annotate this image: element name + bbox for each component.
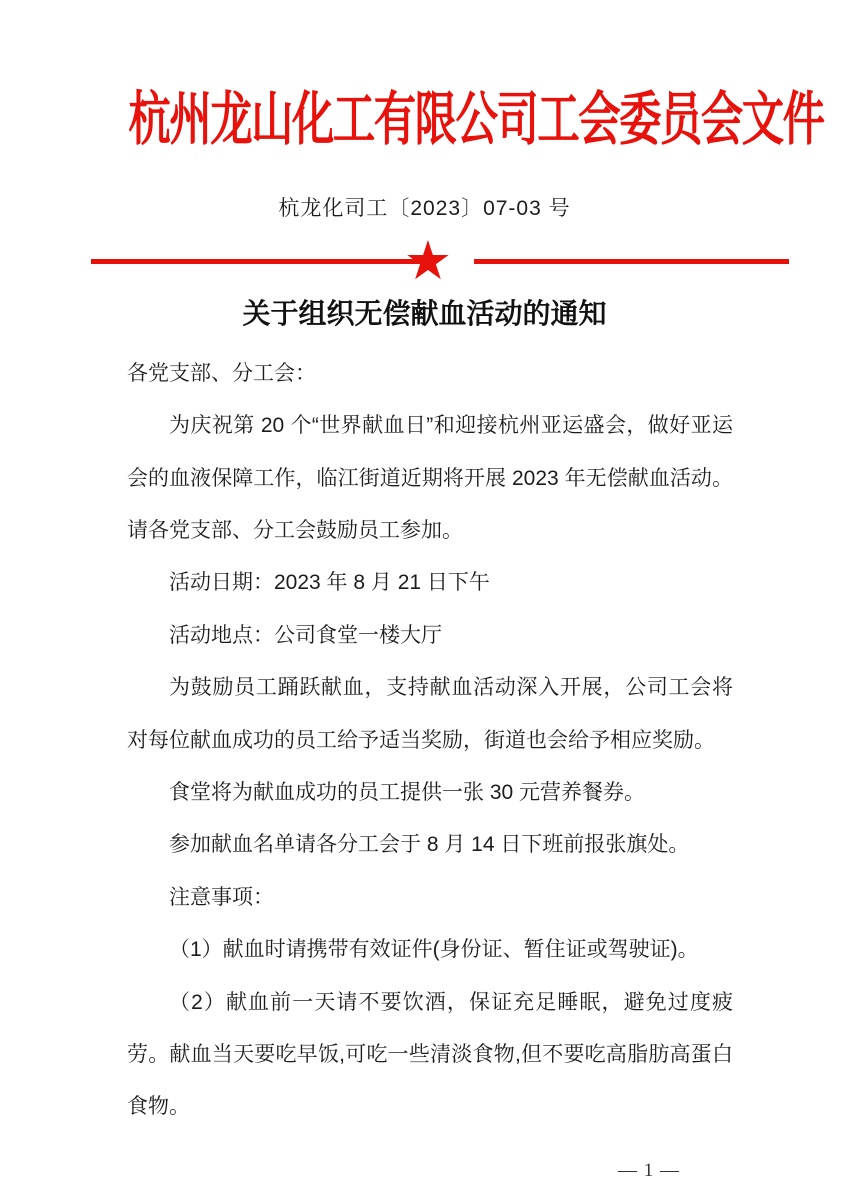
paragraph-note2: （2）献血前一天请不要饮酒，保证充足睡眠，避免过度疲劳。献血当天要吃早饭,可吃一…	[127, 977, 733, 1134]
divider-line-right	[474, 259, 789, 264]
page-number: — 1 —	[618, 1160, 849, 1182]
notice-title: 关于组织无偿献血活动的通知	[0, 298, 849, 332]
notice-body: 各党支部、分工会： 为庆祝第 20 个“世界献血日”和迎接杭州亚运盛会，做好亚运…	[127, 348, 733, 1134]
divider-line-left	[91, 259, 421, 264]
org-title-text: 杭州龙山化工有限公司工会委员会文件	[129, 88, 824, 152]
paragraph-notes: 注意事项：	[127, 872, 733, 924]
paragraph-note1: （1）献血时请携带有效证件(身份证、暂住证或驾驶证)。	[127, 924, 733, 976]
star-icon: ★	[398, 234, 458, 288]
salutation: 各党支部、分工会：	[127, 348, 733, 400]
header-divider: ★	[0, 234, 849, 288]
paragraph-place: 活动地点：公司食堂一楼大厅	[127, 610, 733, 662]
paragraph-meal: 食堂将为献血成功的员工提供一张 30 元营养餐券。	[127, 767, 733, 819]
doc-number: 杭龙化司工〔2023〕07-03 号	[0, 192, 849, 222]
paragraph-signup: 参加献血名单请各分工会于 8 月 14 日下班前报张旗处。	[127, 819, 733, 871]
paragraph-reward: 为鼓励员工踊跃献血，支持献血活动深入开展，公司工会将对每位献血成功的员工给予适当…	[127, 662, 733, 767]
org-title: 杭州龙山化工有限公司工会委员会文件	[0, 0, 849, 152]
paragraph-date: 活动日期：2023 年 8 月 21 日下午	[127, 557, 733, 609]
document-page: 杭州龙山化工有限公司工会委员会文件 杭龙化司工〔2023〕07-03 号 ★ 关…	[0, 0, 849, 1200]
paragraph-intro: 为庆祝第 20 个“世界献血日”和迎接杭州亚运盛会，做好亚运会的血液保障工作，临…	[127, 400, 733, 557]
